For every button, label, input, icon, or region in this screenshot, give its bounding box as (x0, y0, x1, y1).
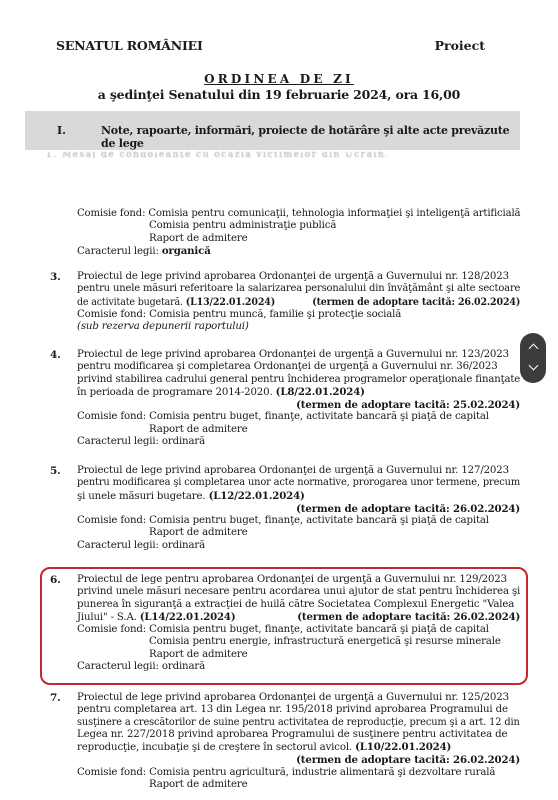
item-number: 7. (50, 692, 61, 704)
scroll-up-button[interactable] (520, 341, 546, 355)
registration-number: (L14/22.01.2024) (140, 611, 236, 623)
item-text-line: pentru modificarea şi completarea Ordona… (77, 361, 520, 373)
item-text-line: reproducţie, incubaţie şi de creştere în… (77, 742, 352, 753)
character-label: Caracterul legii: (77, 246, 159, 257)
item-body: Comisie fond: Comisia pentru comunicaţii… (77, 208, 520, 258)
institution-name: SENATUL ROMÂNIEI (56, 38, 203, 53)
item-text-line: Proiectul de lege privind aprobarea Ordo… (77, 465, 520, 477)
section-title: Note, rapoarte, informări, proiecte de h… (101, 124, 520, 150)
faded-agenda-line: 1. Mesaj de condoleanţe cu ocazia victim… (46, 152, 386, 158)
section-header: I. Note, rapoarte, informări, proiecte d… (25, 111, 520, 150)
chevron-down-icon (528, 361, 538, 371)
item-body: Proiectul de lege privind aprobarea Ordo… (77, 271, 520, 333)
item-text-line: pentru modificarea şi completarea unor a… (77, 477, 505, 489)
report-type: Raport de admitere (77, 779, 520, 791)
item-text-line: în perioada de programare 2014-2020. (77, 387, 273, 398)
agenda-item-2-continued: Comisie fond: Comisia pentru comunicaţii… (50, 208, 520, 258)
report-type: Raport de admitere (77, 649, 520, 661)
committee-name: Comisia pentru buget, finanţe, activitat… (149, 624, 489, 635)
item-text-line: Proiectul de lege privind aprobarea Ordo… (77, 271, 520, 283)
registration-number: (L12/22.01.2024) (209, 490, 305, 502)
item-text-line: privind stabilirea cadrului general pent… (77, 374, 517, 386)
item-text-line: punerea în siguranţă a extracţiei de hui… (77, 599, 520, 611)
law-character: ordinară (162, 540, 205, 551)
character-label: Caracterul legii: (77, 540, 159, 551)
item-number: 6. (50, 574, 61, 586)
committee-name: Comisia pentru energie, infrastructură e… (77, 636, 520, 648)
item-text-line: Proiectul de lege privind aprobarea Ordo… (77, 349, 520, 361)
committee-name: Comisia pentru buget, finanţe, activitat… (149, 515, 489, 526)
item-text-line: privind unele măsuri necesare pentru aco… (77, 586, 519, 598)
committee-label: Comisie fond: (77, 208, 145, 219)
committee-label: Comisie fond: (77, 515, 146, 526)
committee-label: Comisie fond: (77, 767, 146, 778)
registration-number: (L10/22.01.2024) (355, 741, 451, 753)
committee-name: Comisia pentru buget, finanţe, activitat… (149, 411, 489, 422)
report-type: Raport de admitere (77, 424, 520, 436)
agenda-item-5: 5. Proiectul de lege privind aprobarea O… (50, 465, 520, 552)
committee-label: Comisie fond: (77, 309, 146, 320)
item-body: Proiectul de lege privind aprobarea Ordo… (77, 465, 520, 552)
law-character: ordinară (162, 661, 205, 672)
adoption-deadline: (termen de adoptare tacită: 26.02.2024) (312, 296, 520, 308)
item-text-line: de activitate bugetară. (77, 297, 183, 308)
document-subtitle: a şedinţei Senatului din 19 februarie 20… (0, 87, 558, 102)
item-body: Proiectul de lege privind aprobarea Ordo… (77, 692, 520, 791)
agenda-item-6: 6. Proiectul de lege pentru aprobarea Or… (50, 574, 520, 673)
committee-label: Comisie fond: (77, 624, 146, 635)
adoption-deadline: (termen de adoptare tacită: 26.02.2024) (77, 503, 520, 515)
law-character: ordinară (162, 436, 205, 447)
chevron-up-icon (528, 344, 538, 354)
document-status: Proiect (435, 38, 485, 53)
item-text-line: şi unele măsuri bugetare. (77, 491, 205, 502)
agenda-item-4: 4. Proiectul de lege privind aprobarea O… (50, 349, 520, 448)
item-text-line: Proiectul de lege privind aprobarea Ordo… (77, 692, 520, 704)
adoption-deadline: (termen de adoptare tacită: 26.02.2024) (77, 754, 520, 766)
committee-label: Comisie fond: (77, 411, 146, 422)
item-text-line: susţinere a crescătorilor de suine pentr… (77, 717, 504, 729)
registration-number: (L13/22.01.2024) (186, 296, 275, 308)
character-label: Caracterul legii: (77, 661, 159, 672)
character-label: Caracterul legii: (77, 436, 159, 447)
item-text-line: pentru completarea art. 13 din Legea nr.… (77, 704, 520, 716)
agenda-item-7: 7. Proiectul de lege privind aprobarea O… (50, 692, 520, 791)
item-number: 3. (50, 271, 61, 283)
registration-number: (L8/22.01.2024) (276, 386, 365, 398)
item-text-line: Proiectul de lege pentru aprobarea Ordon… (77, 574, 520, 586)
item-text-line: pentru unele măsuri referitoare la salar… (77, 283, 509, 295)
scroll-down-button[interactable] (520, 359, 546, 372)
law-character: organică (162, 245, 211, 257)
report-type: Raport de admitere (77, 233, 520, 245)
committee-name: Comisia pentru comunicaţii, tehnologia i… (148, 208, 520, 219)
committee-name: Comisia pentru muncă, familie şi protecţ… (149, 309, 401, 320)
item-number: 4. (50, 349, 61, 361)
item-text-line: Jiului" - S.A. (77, 612, 137, 623)
page-scroll-control (520, 333, 546, 383)
item-body: Proiectul de lege privind aprobarea Ordo… (77, 349, 520, 448)
item-body: Proiectul de lege pentru aprobarea Ordon… (77, 574, 520, 673)
document-title: ORDINEA DE ZI (0, 72, 558, 86)
document-page: SENATUL ROMÂNIEI Proiect ORDINEA DE ZI a… (0, 0, 558, 800)
adoption-deadline: (termen de adoptare tacită: 26.02.2024) (297, 611, 520, 623)
report-note: (sub rezerva depunerii raportului) (77, 321, 520, 333)
adoption-deadline: (termen de adoptare tacită: 25.02.2024) (77, 399, 520, 411)
committee-name: Comisia pentru administraţie publică (77, 220, 520, 232)
agenda-item-3: 3. Proiectul de lege privind aprobarea O… (50, 271, 520, 333)
item-text-line: Legea nr. 227/2018 privind aprobarea Pro… (77, 729, 520, 741)
report-type: Raport de admitere (77, 527, 520, 539)
item-number: 5. (50, 465, 61, 477)
section-number: I. (57, 124, 66, 137)
committee-name: Comisia pentru agricultură, industrie al… (149, 767, 495, 778)
